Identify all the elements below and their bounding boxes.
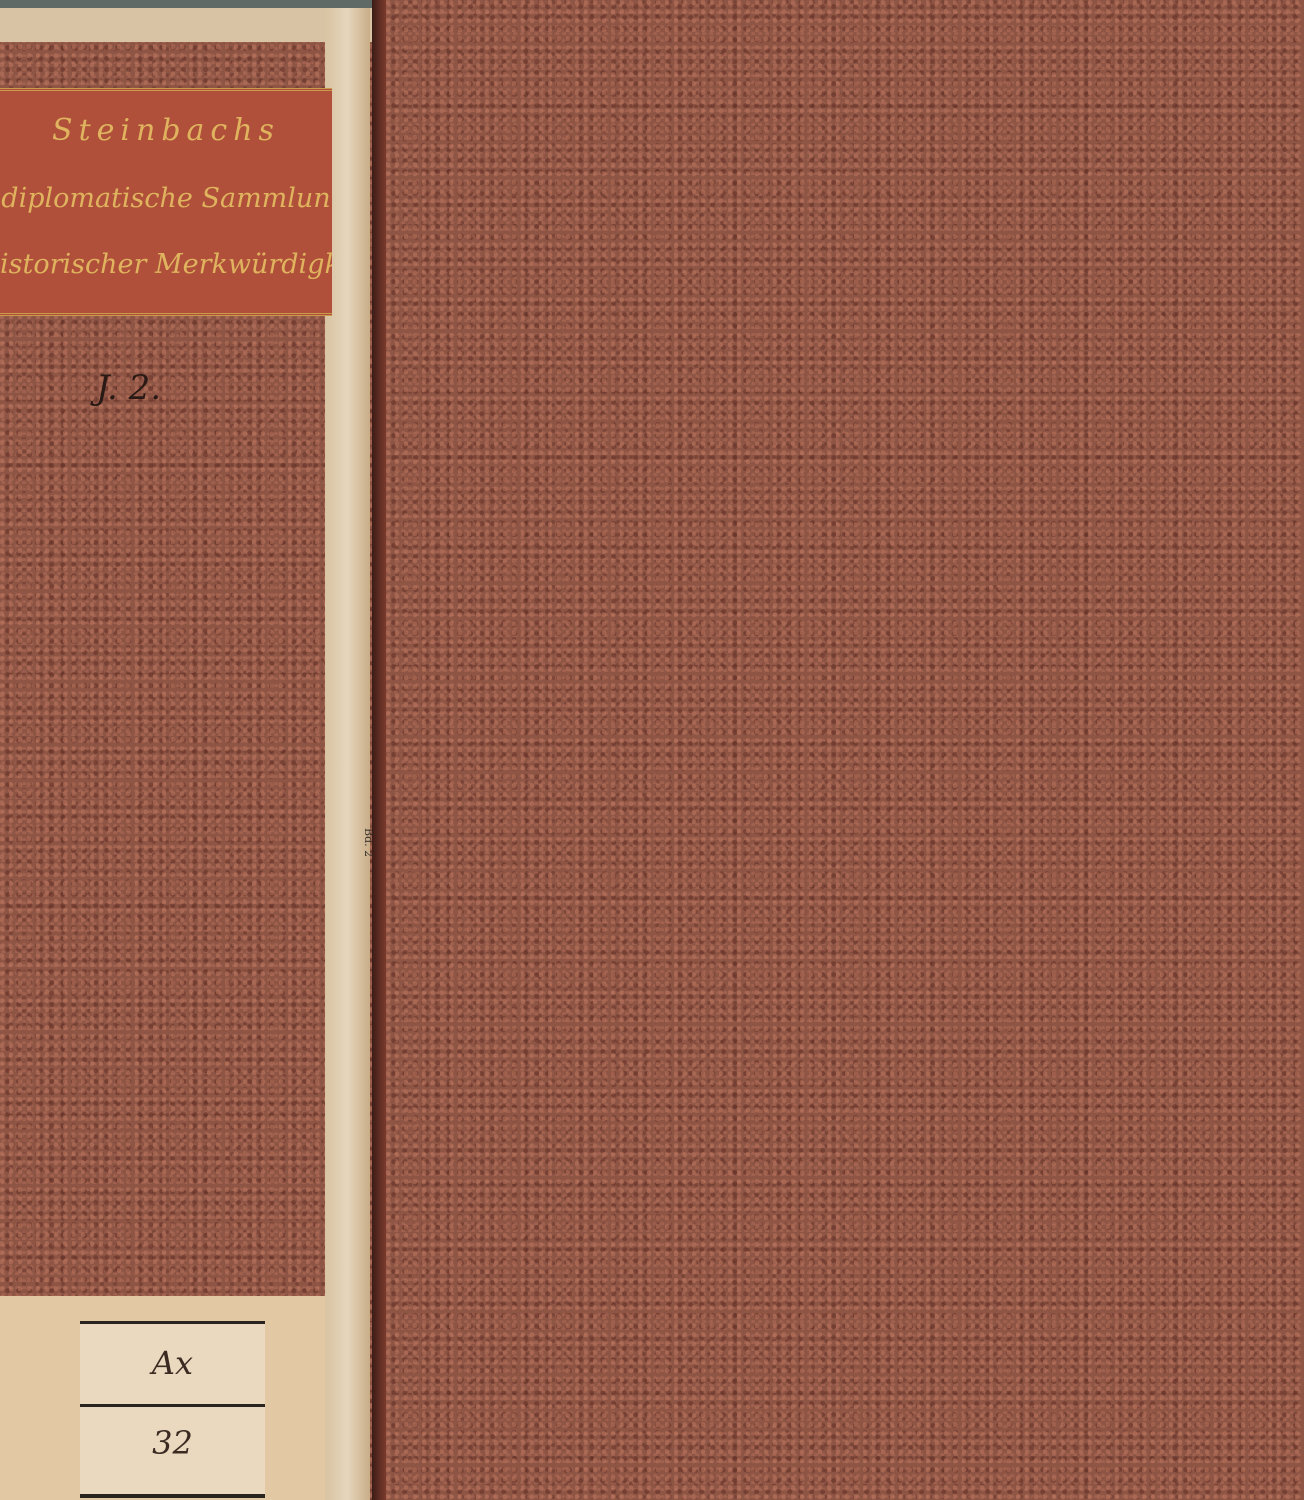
title-line-3: istorischer Merkwürdigkeit bbox=[0, 249, 332, 280]
title-line-2: diplomatische Sammlun bbox=[0, 183, 332, 214]
book-hinge bbox=[372, 0, 386, 1500]
shelf-label-box: Ax 32 bbox=[80, 1321, 265, 1498]
spine-worn-top bbox=[0, 8, 372, 42]
handwritten-volume-mark: J. 2. bbox=[96, 368, 161, 408]
title-line-1: Steinbachs bbox=[0, 113, 332, 148]
shelf-divider bbox=[80, 1404, 265, 1407]
book-front-cover bbox=[386, 0, 1304, 1500]
shelf-label: Ax 32 bbox=[0, 1296, 325, 1500]
book-spine: Steinbachs diplomatische Sammlun istoris… bbox=[0, 8, 372, 1500]
spine-title-label: Steinbachs diplomatische Sammlun istoris… bbox=[0, 88, 332, 316]
shelf-mark-top: Ax bbox=[80, 1344, 265, 1382]
shelf-mark-bottom: 32 bbox=[80, 1424, 265, 1462]
